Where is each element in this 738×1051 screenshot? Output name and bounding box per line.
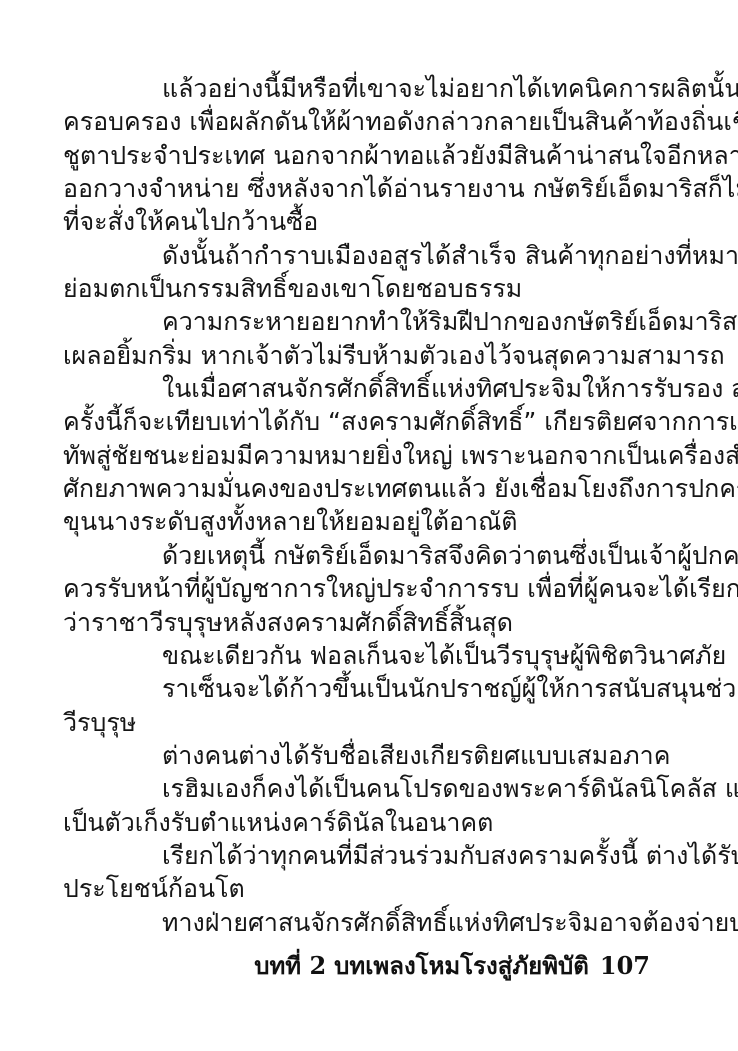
paragraph: ในเมื่อศาสนจักรศักดิ์สิทธิ์แห่งทิศประจิม…: [63, 372, 677, 539]
footer-page-number: 107: [600, 951, 650, 980]
paragraph: ราเซ็นจะได้ก้าวขึ้นเป็นนักปราชญ์ผู้ให้กา…: [63, 672, 677, 739]
paragraph: เรียกได้ว่าทุกคนที่มีส่วนร่วมกับสงครามคร…: [63, 839, 677, 906]
footer-chapter-label: บทที่ 2: [254, 951, 326, 980]
text-line: ว่าราชาวีรบุรุษหลังสงครามศักดิ์สิทธิ์สิ้…: [63, 606, 677, 639]
text-line: ด้วยเหตุนี้ กษัตริย์เอ็ดมาริสจึงคิดว่าตน…: [63, 539, 677, 572]
paragraph: ต่างคนต่างได้รับชื่อเสียงเกียรติยศแบบเสม…: [63, 739, 677, 772]
paragraph: ทางฝ่ายศาสนจักรศักดิ์สิทธิ์แห่งทิศประจิม…: [63, 906, 677, 939]
text-line: ในเมื่อศาสนจักรศักดิ์สิทธิ์แห่งทิศประจิม…: [63, 372, 677, 405]
text-line: ดังนั้นถ้ากำราบเมืองอสูรได้สำเร็จ สินค้า…: [63, 239, 677, 272]
text-line: ครอบครอง เพื่อผลักดันให้ผ้าทอดังกล่าวกลา…: [63, 105, 677, 138]
paragraph: เรฮิมเองก็คงได้เป็นคนโปรดของพระคาร์ดินัล…: [63, 772, 677, 839]
paragraph: ขณะเดียวกัน ฟอลเก็นจะได้เป็นวีรบุรุษผู้พ…: [63, 639, 677, 672]
text-line: ราเซ็นจะได้ก้าวขึ้นเป็นนักปราชญ์ผู้ให้กา…: [63, 672, 677, 705]
text-line: เรฮิมเองก็คงได้เป็นคนโปรดของพระคาร์ดินัล…: [63, 772, 677, 805]
text-line: ศักยภาพความมั่นคงของประเทศตนแล้ว ยังเชื่…: [63, 472, 677, 505]
text-line: ทางฝ่ายศาสนจักรศักดิ์สิทธิ์แห่งทิศประจิม…: [63, 906, 677, 939]
text-line: วีรบุรุษ: [63, 706, 677, 739]
text-line: ครั้งนี้ก็จะเทียบเท่าได้กับ “สงครามศักดิ…: [63, 405, 677, 438]
text-line: ควรรับหน้าที่ผู้บัญชาการใหญ่ประจำการรบ เ…: [63, 572, 677, 605]
text-line: ต่างคนต่างได้รับชื่อเสียงเกียรติยศแบบเสม…: [63, 739, 677, 772]
paragraph: ความกระหายอยากทำให้ริมฝีปากของกษัตริย์เอ…: [63, 305, 677, 372]
text-line: แล้วอย่างนี้มีหรือที่เขาจะไม่อยากได้เทคน…: [63, 72, 677, 105]
text-line: ความกระหายอยากทำให้ริมฝีปากของกษัตริย์เอ…: [63, 305, 677, 338]
text-line: ขณะเดียวกัน ฟอลเก็นจะได้เป็นวีรบุรุษผู้พ…: [63, 639, 677, 672]
text-line: เป็นตัวเก็งรับตำแหน่งคาร์ดินัลในอนาคต: [63, 806, 677, 839]
text-line: ที่จะสั่งให้คนไปกว้านซื้อ: [63, 205, 677, 238]
book-page: แล้วอย่างนี้มีหรือที่เขาจะไม่อยากได้เทคน…: [0, 0, 738, 1051]
paragraph: ดังนั้นถ้ากำราบเมืองอสูรได้สำเร็จ สินค้า…: [63, 239, 677, 306]
text-line: ชูตาประจำประเทศ นอกจากผ้าทอแล้วยังมีสินค…: [63, 139, 677, 172]
text-line: ประโยชน์ก้อนโต: [63, 872, 677, 905]
text-line: ทัพสู่ชัยชนะย่อมมีความหมายยิ่งใหญ่ เพราะ…: [63, 439, 677, 472]
text-line: ขุนนางระดับสูงทั้งหลายให้ยอมอยู่ใต้อาณัต…: [63, 505, 677, 538]
text-line: เรียกได้ว่าทุกคนที่มีส่วนร่วมกับสงครามคร…: [63, 839, 677, 872]
page-text: แล้วอย่างนี้มีหรือที่เขาจะไม่อยากได้เทคน…: [63, 72, 677, 939]
paragraph: แล้วอย่างนี้มีหรือที่เขาจะไม่อยากได้เทคน…: [63, 72, 677, 239]
text-line: ออกวางจำหน่าย ซึ่งหลังจากได้อ่านรายงาน ก…: [63, 172, 677, 205]
footer-chapter-title: บทเพลงโหมโรงสู่ภัยพิบัติ: [334, 951, 589, 980]
page-footer: บทที่ 2บทเพลงโหมโรงสู่ภัยพิบัติ107: [254, 949, 650, 982]
text-line: ย่อมตกเป็นกรรมสิทธิ์ของเขาโดยชอบธรรม: [63, 272, 677, 305]
paragraph: ด้วยเหตุนี้ กษัตริย์เอ็ดมาริสจึงคิดว่าตน…: [63, 539, 677, 639]
text-line: เผลอยิ้มกริ่ม หากเจ้าตัวไม่รีบห้ามตัวเอง…: [63, 339, 677, 372]
